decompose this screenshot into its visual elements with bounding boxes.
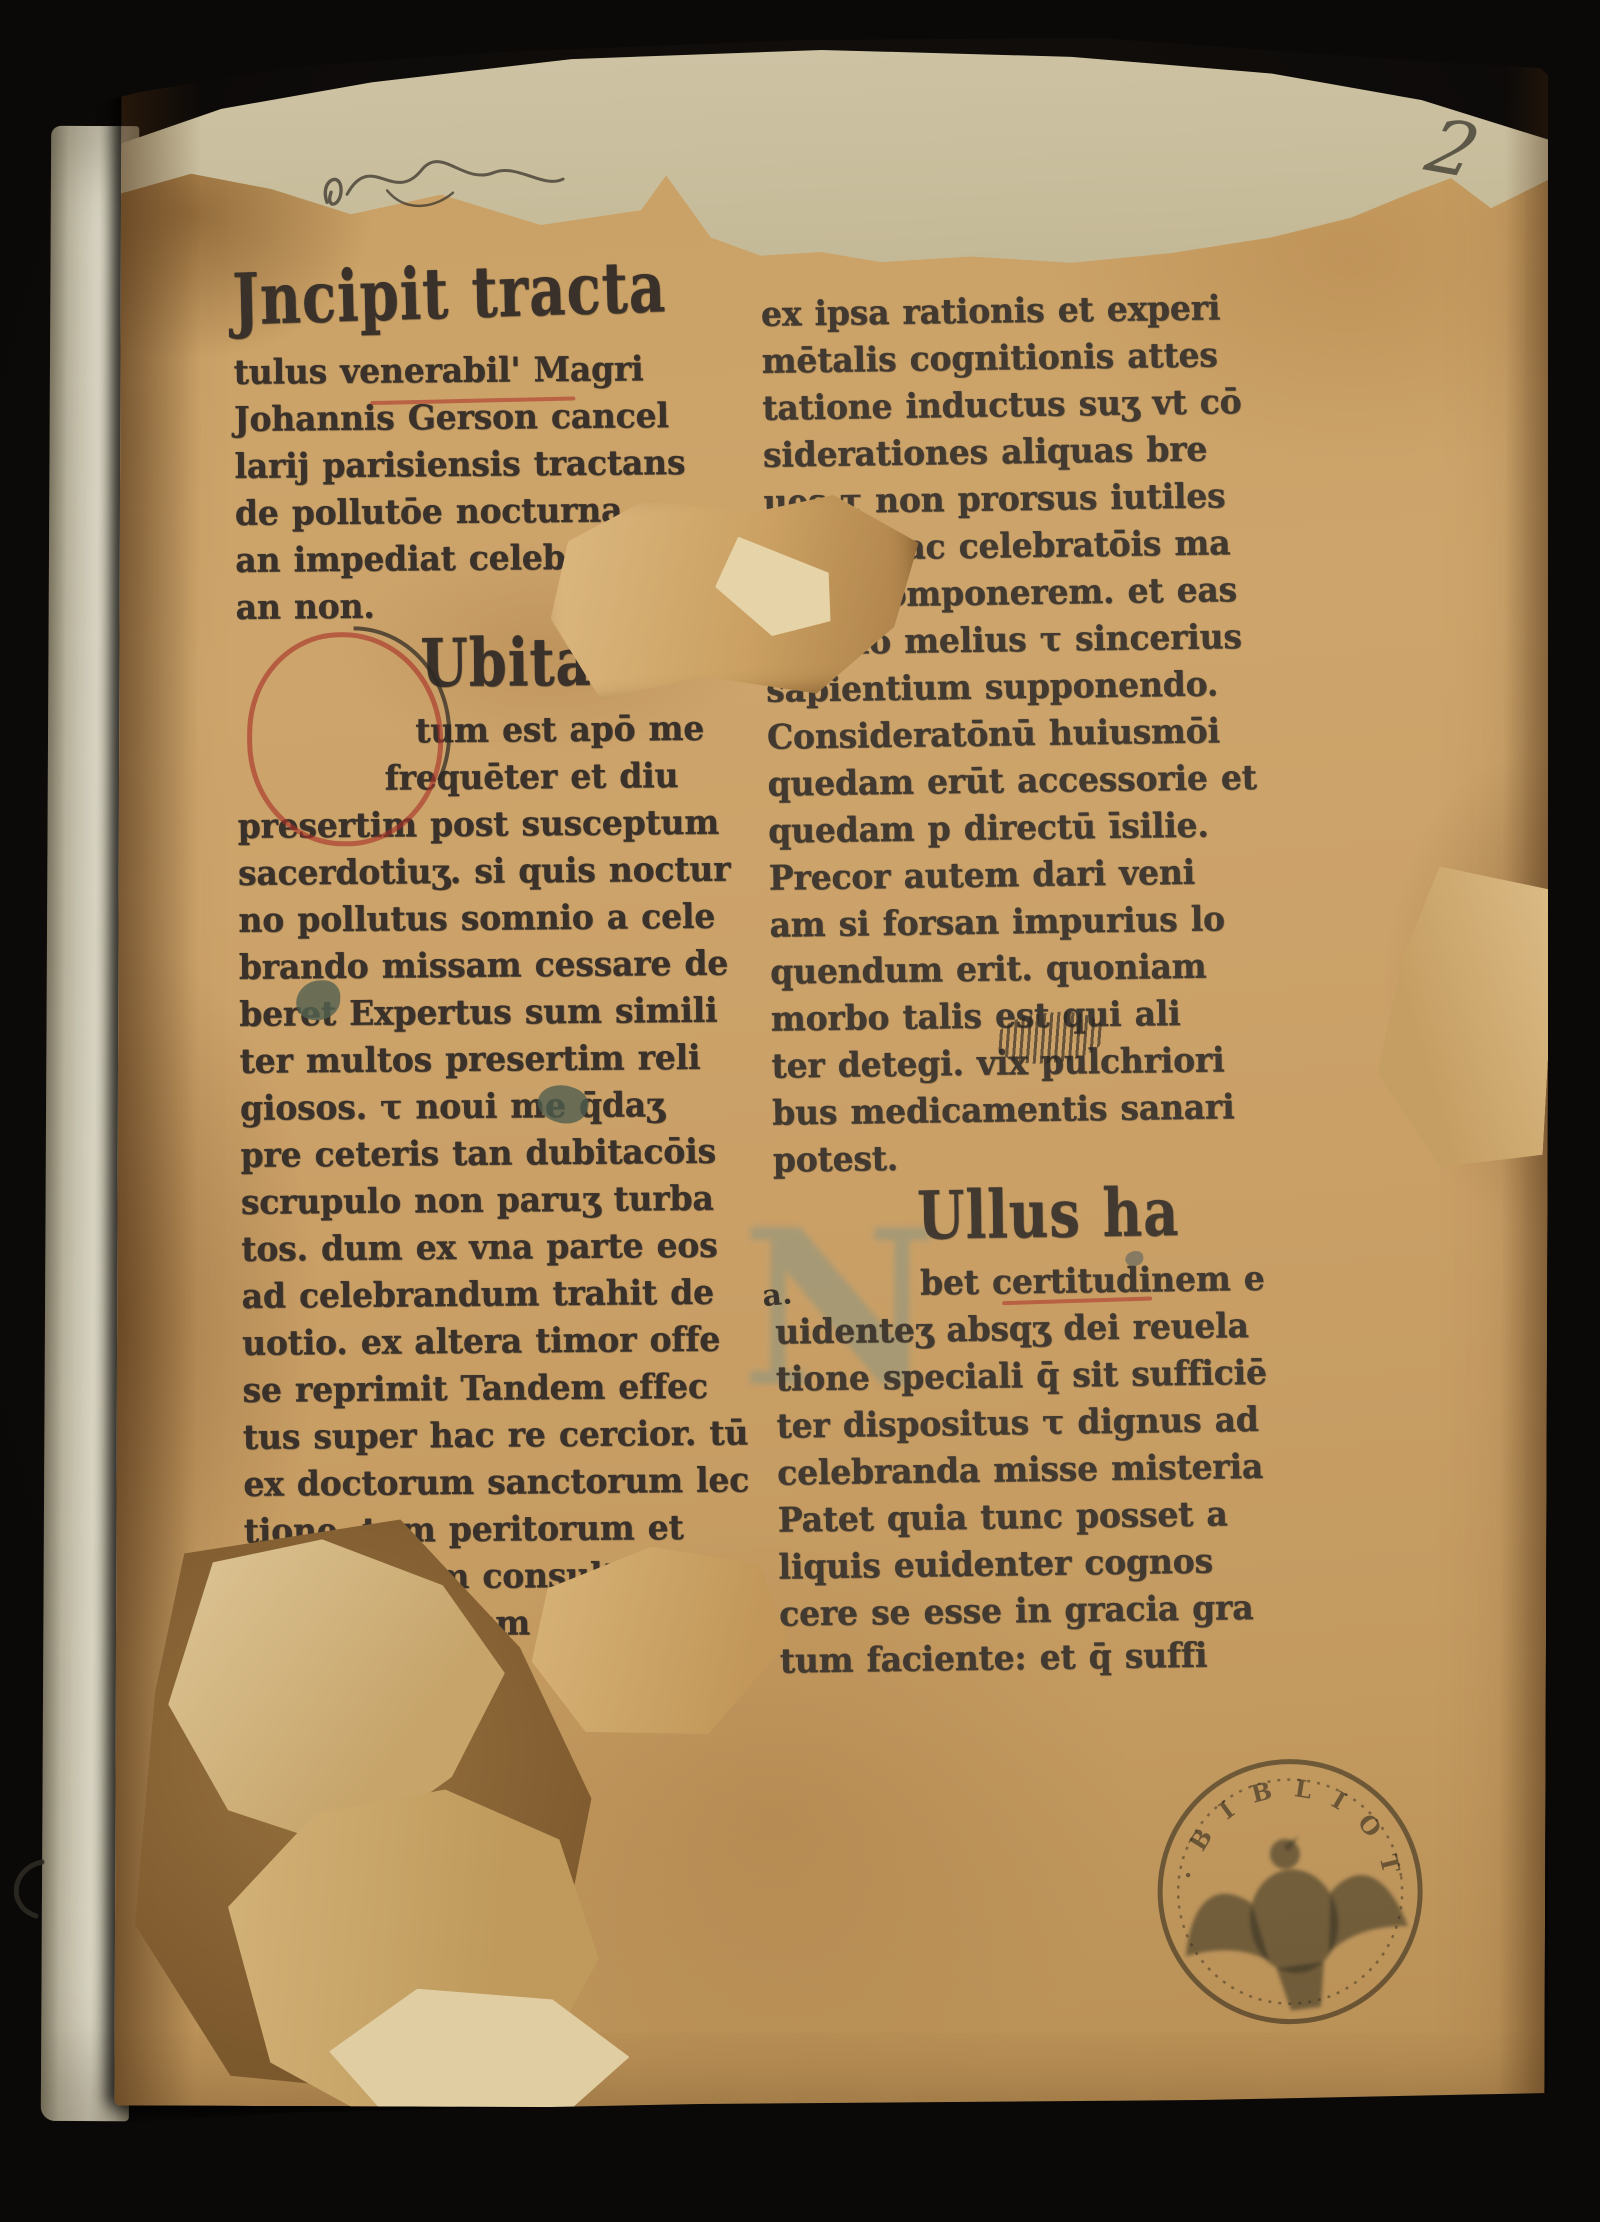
text-line: liquis euidenter cognos — [778, 1539, 1196, 1592]
text-line: ex doctorum sanctorum lec — [243, 1459, 604, 1509]
handwriting-flourish — [317, 132, 567, 232]
text-line: mētalis cognitionis attes — [761, 333, 1179, 386]
text-line: siderationes aliquas bre — [763, 427, 1181, 480]
flourish-icon — [317, 132, 567, 228]
text-line: ter multos presertim reli — [239, 1036, 600, 1086]
text-line: cere se esse in gracia gra — [779, 1586, 1197, 1639]
paragraph-lines: ex ipsa rationis et experimētalis cognit… — [761, 286, 1191, 1185]
text-column-left: Jncipit tracta tulus venerabil' MagriJoh… — [233, 269, 606, 1650]
text-line: pre ceteris tan dubitacōis — [240, 1130, 601, 1180]
text-line: beret Expertus sum simili — [239, 989, 600, 1039]
heading-lines: tulus venerabil' MagriJohannis Gerson ca… — [233, 347, 596, 632]
text-line: Consideratōnū huiusmōi — [767, 709, 1185, 762]
text-line: se reprimit Tandem effec — [242, 1365, 603, 1415]
body-lines: presertim post susceptumsacerdotiuʒ. si … — [237, 801, 605, 1650]
text-line: uotio. ex altera timor offe — [242, 1318, 603, 1368]
text-line: quedam erūt accessorie et — [767, 756, 1185, 809]
text-line: an impediat celebrantem — [235, 535, 596, 585]
text-line: tum faciente: et q̄ suffi — [780, 1633, 1198, 1686]
library-stamp: · B I B L I O T H · — [1132, 1732, 1448, 2051]
text-line: tatione inductus suʒ vt cō — [762, 380, 1180, 433]
backdrop-right — [1548, 0, 1600, 2222]
backdrop-bottom — [0, 2092, 1600, 2222]
text-line: ter detegi. vix pulchriori — [771, 1038, 1189, 1091]
section-lines: uidenteʒ absqʒ dei reuelatione speciali … — [775, 1304, 1197, 1686]
text-line: ad celebrandum trahit de — [242, 1271, 603, 1321]
text-line: ex ipsa rationis et experi — [761, 286, 1179, 339]
text-line: quedam p directū īsilie. — [768, 803, 1186, 856]
text-line: uidenteʒ absqʒ dei reuela — [775, 1304, 1193, 1357]
text-line: larij parisiensis tractans — [234, 441, 595, 491]
initial-D-guide-ring — [247, 632, 444, 847]
text-column-right: ex ipsa rationis et experimētalis cognit… — [761, 286, 1198, 1686]
stamp-eagle-icon: · B I B L I O T H · — [1132, 1732, 1448, 2051]
section-word-nullus: Ullus ha — [917, 1170, 1180, 1259]
text-line: tulus venerabil' Magri — [233, 347, 594, 397]
text-line: bus medicamentis sanari — [772, 1085, 1190, 1138]
text-line: celebranda misse misteria — [777, 1445, 1195, 1498]
text-line: tus super hac re cercior. tū — [243, 1412, 604, 1462]
text-line: brando missam cessare de — [239, 942, 600, 992]
text-line: ter dispositus τ dignus ad — [776, 1398, 1194, 1451]
text-line: sacerdotiuʒ. si quis noctur — [238, 848, 599, 898]
guide-letter-mark: a. — [761, 1276, 794, 1314]
text-line: morbo talis est qui ali — [771, 991, 1189, 1044]
text-line: Patet quia tunc posset a — [778, 1492, 1196, 1545]
text-line: Precor autem dari veni — [769, 850, 1187, 903]
photograph-of-incunabulum-page: { "folio": { "number": "2" }, "page": { … — [0, 0, 1600, 2222]
text-line: am si forsan impurius lo — [769, 897, 1187, 950]
text-line: quendum erit. quoniam — [770, 944, 1188, 997]
text-line: tione speciali q̄ sit sufficiē — [776, 1351, 1194, 1404]
text-line: tos. dum ex vna parte eos — [241, 1224, 602, 1274]
incipit-heading: Jncipit tracta — [231, 243, 667, 344]
page-photo: 2 Jncipit tracta tulus venerabil' MagriJ… — [114, 24, 1551, 2111]
text-line: scrupulo non paruʒ turba — [241, 1177, 602, 1227]
text-line: de pollutōe nocturna — [235, 488, 596, 538]
text-line: no pollutus somnio a cele — [238, 895, 599, 945]
ink-curve-icon — [0, 1852, 48, 1930]
margin-ink-mark — [0, 1852, 48, 1934]
